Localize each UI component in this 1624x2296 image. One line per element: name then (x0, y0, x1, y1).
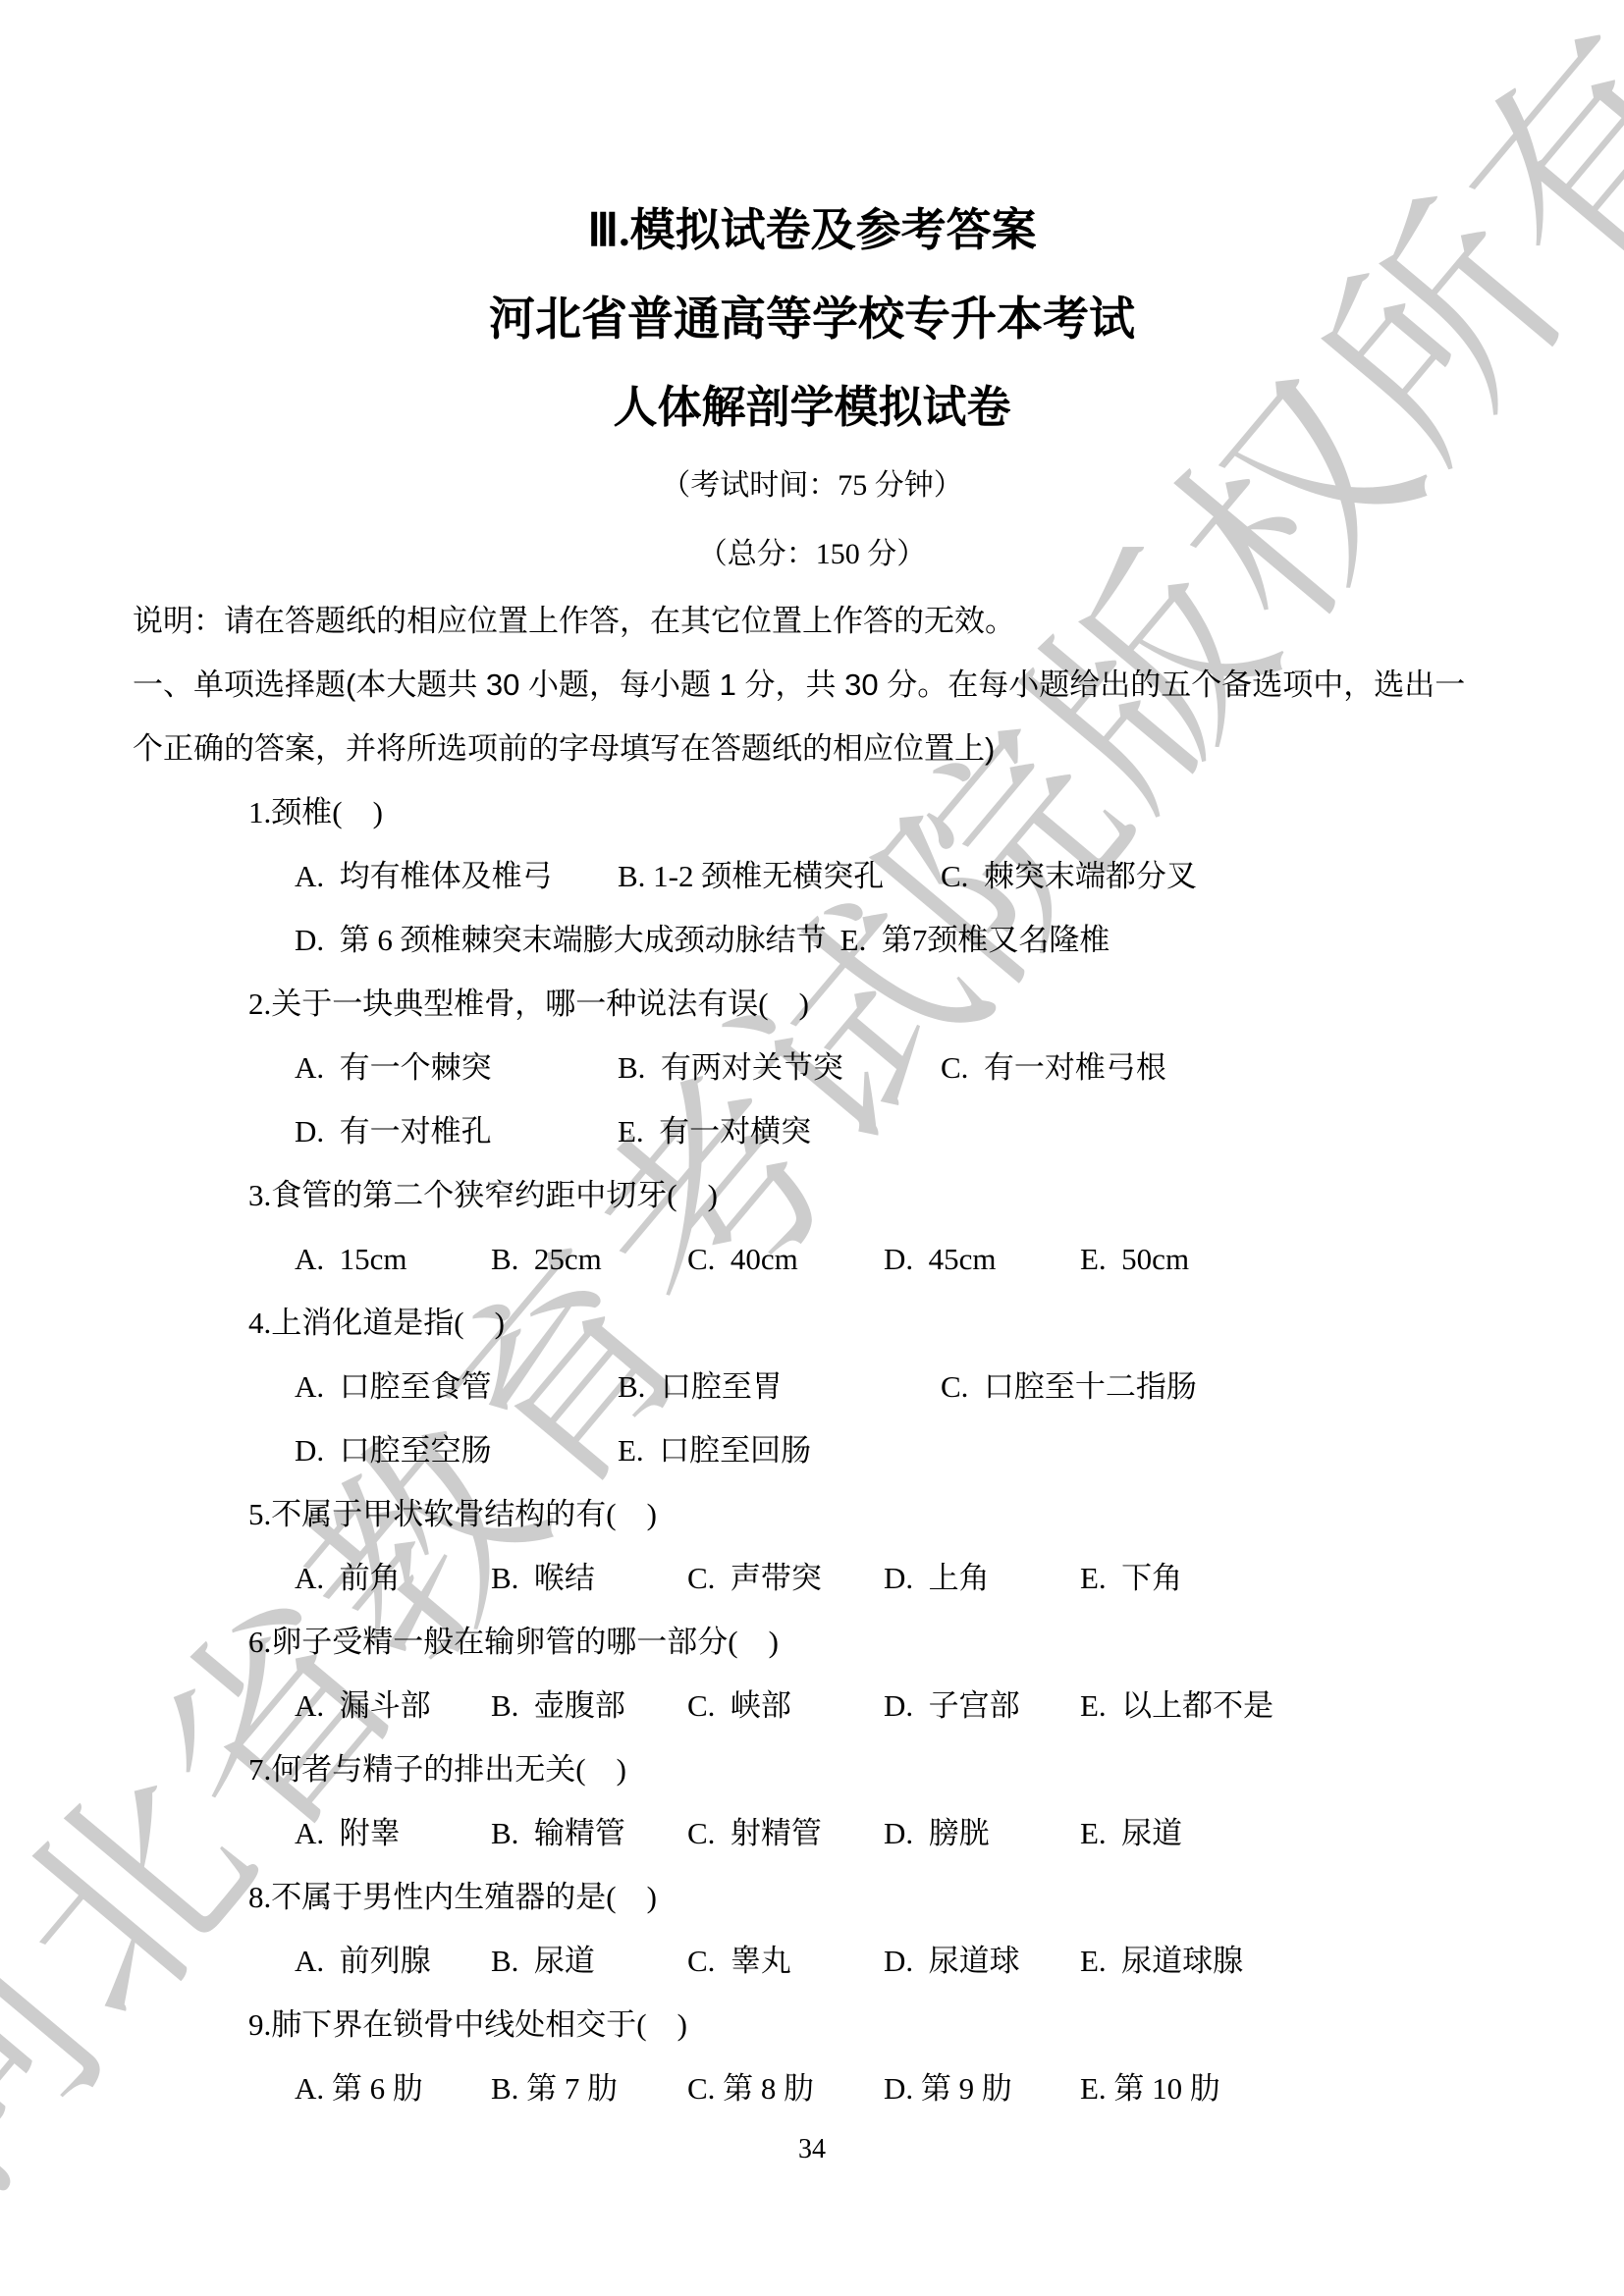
section-one-header-line2: 个正确的答案，并将所选项前的字母填写在答题纸的相应位置上) (133, 717, 1506, 780)
question-stem: 3.食管的第二个狭窄约距中切牙( ) (248, 1163, 1624, 1227)
option: E. 尿道球腺 (1080, 1929, 1243, 1993)
option: C. 有一对椎弓根 (941, 1036, 1166, 1099)
option: C. 第 8 肋 (687, 2056, 876, 2120)
paper-title: 人体解剖学模拟试卷 (0, 363, 1624, 452)
question-stem: 1.颈椎( ) (248, 780, 1624, 844)
total-score-note: （总分：150 分） (0, 520, 1624, 589)
page-number: 34 (0, 2120, 1624, 2179)
question-stem: 8.不属于男性内生殖器的是( ) (248, 1865, 1624, 1929)
option: D. 尿道球 (884, 1929, 1072, 1993)
option: A. 第 6 肋 (295, 2056, 483, 2120)
option: D. 45cm (884, 1227, 1072, 1291)
option: D. 有一对椎孔 (295, 1099, 604, 1163)
option: C. 40cm (687, 1227, 876, 1291)
option: D. 第 6 颈椎棘突末端膨大成颈动脉结节 (295, 908, 827, 972)
option: A. 口腔至食管 (295, 1355, 604, 1418)
option: C. 口腔至十二指肠 (941, 1355, 1197, 1418)
option: B. 1-2 颈椎无横突孔 (618, 844, 927, 908)
option: E. 50cm (1080, 1227, 1189, 1291)
option-row: A. 附睾B. 输精管C. 射精管D. 膀胱E. 尿道 (295, 1801, 1624, 1865)
option: A. 有一个棘突 (295, 1036, 604, 1099)
option-row: A. 漏斗部B. 壶腹部C. 峡部D. 子宫部E. 以上都不是 (295, 1674, 1624, 1737)
option: B. 壶腹部 (491, 1674, 679, 1737)
option: B. 25cm (491, 1227, 679, 1291)
option-row: A. 前角B. 喉结C. 声带突D. 上角E. 下角 (295, 1546, 1624, 1610)
option-row: A. 口腔至食管B. 口腔至胃C. 口腔至十二指肠 (295, 1355, 1624, 1418)
option: E. 有一对横突 (618, 1099, 811, 1163)
option: A. 前列腺 (295, 1929, 483, 1993)
question-stem: 7.何者与精子的排出无关( ) (248, 1737, 1624, 1801)
exam-title: 河北省普通高等学校专升本考试 (0, 275, 1624, 363)
option-row: A. 前列腺B. 尿道C. 睾丸D. 尿道球E. 尿道球腺 (295, 1929, 1624, 1993)
option: B. 输精管 (491, 1801, 679, 1865)
option: E. 下角 (1080, 1546, 1182, 1610)
answer-sheet-instruction: 说明：请在答题纸的相应位置上作答，在其它位置上作答的无效。 (133, 589, 1506, 653)
page-content: Ⅲ.模拟试卷及参考答案 河北省普通高等学校专升本考试 人体解剖学模拟试卷 （考试… (0, 0, 1624, 2179)
option: D. 上角 (884, 1546, 1072, 1610)
question-stem: 4.上消化道是指( ) (248, 1291, 1624, 1355)
option: E. 第 10 肋 (1080, 2056, 1220, 2120)
section-one-header-line1: 一、单项选择题(本大题共 30 小题，每小题 1 分，共 30 分。在每小题给出… (133, 653, 1506, 717)
question-stem: 9.肺下界在锁骨中线处相交于( ) (248, 1993, 1624, 2056)
option: C. 峡部 (687, 1674, 876, 1737)
exam-time-note: （考试时间：75 分钟） (0, 452, 1624, 520)
question-stem: 2.关于一块典型椎骨，哪一种说法有误( ) (248, 972, 1624, 1036)
option: D. 膀胱 (884, 1801, 1072, 1865)
option: E. 尿道 (1080, 1801, 1182, 1865)
option-row: A. 第 6 肋B. 第 7 肋C. 第 8 肋D. 第 9 肋E. 第 10 … (295, 2056, 1624, 2120)
option: A. 均有椎体及椎弓 (295, 844, 604, 908)
option: E. 以上都不是 (1080, 1674, 1273, 1737)
option: A. 15cm (295, 1227, 483, 1291)
option: B. 尿道 (491, 1929, 679, 1993)
option: A. 前角 (295, 1546, 483, 1610)
option: B. 口腔至胃 (618, 1355, 927, 1418)
option: E. 第7颈椎又名隆椎 (840, 908, 1110, 972)
option: A. 附睾 (295, 1801, 483, 1865)
option: D. 口腔至空肠 (295, 1418, 604, 1482)
option-row: A. 有一个棘突B. 有两对关节突C. 有一对椎弓根 (295, 1036, 1624, 1099)
option: E. 口腔至回肠 (618, 1418, 811, 1482)
option: B. 第 7 肋 (491, 2056, 679, 2120)
option: D. 子宫部 (884, 1674, 1072, 1737)
option-row: D. 口腔至空肠E. 口腔至回肠 (295, 1418, 1624, 1482)
option-row: A. 均有椎体及椎弓B. 1-2 颈椎无横突孔C. 棘突末端都分叉 (295, 844, 1624, 908)
question-stem: 6.卵子受精一般在输卵管的哪一部分( ) (248, 1610, 1624, 1674)
exam-paper-page: 河北省教育考试院版权所有 Ⅲ.模拟试卷及参考答案 河北省普通高等学校专升本考试 … (0, 0, 1624, 2296)
option: D. 第 9 肋 (884, 2056, 1072, 2120)
option: C. 睾丸 (687, 1929, 876, 1993)
question-stem: 5.不属于甲状软骨结构的有( ) (248, 1482, 1624, 1546)
option-row: D. 有一对椎孔E. 有一对横突 (295, 1099, 1624, 1163)
option: C. 射精管 (687, 1801, 876, 1865)
option: A. 漏斗部 (295, 1674, 483, 1737)
option: C. 棘突末端都分叉 (941, 844, 1197, 908)
option: B. 有两对关节突 (618, 1036, 927, 1099)
section-title: Ⅲ.模拟试卷及参考答案 (0, 187, 1624, 275)
option: C. 声带突 (687, 1546, 876, 1610)
option-row: D. 第 6 颈椎棘突末端膨大成颈动脉结节E. 第7颈椎又名隆椎 (295, 908, 1624, 972)
option-row: A. 15cmB. 25cmC. 40cmD. 45cmE. 50cm (295, 1227, 1624, 1291)
option: B. 喉结 (491, 1546, 679, 1610)
questions: 1.颈椎( )A. 均有椎体及椎弓B. 1-2 颈椎无横突孔C. 棘突末端都分叉… (0, 780, 1624, 2120)
